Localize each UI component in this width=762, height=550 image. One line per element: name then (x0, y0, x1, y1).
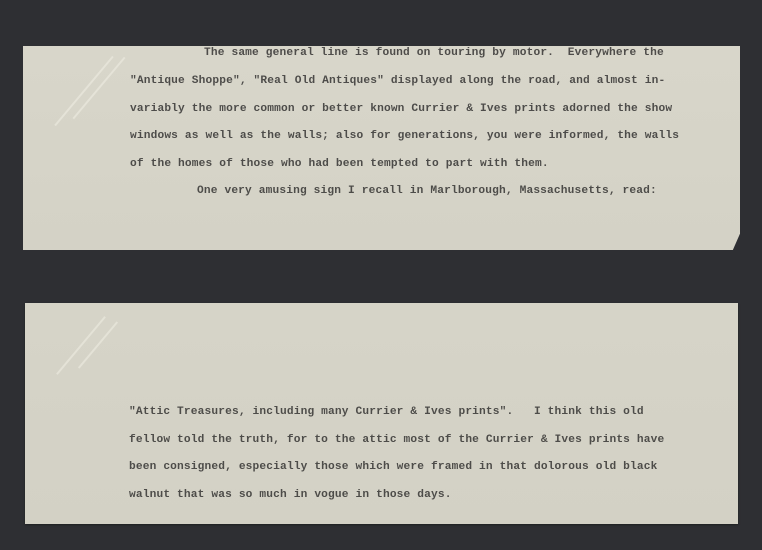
typed-page-fragment-2: "Attic Treasures, including many Currier… (25, 303, 738, 524)
typed-paragraph: The same general line is found on tourin… (130, 46, 157, 142)
text-line: variably the more common or better known… (130, 103, 672, 115)
typed-page-fragment-1: The same general line is found on tourin… (23, 46, 740, 250)
text-line: walnut that was so much in vogue in thos… (129, 489, 452, 501)
paper-crease (73, 57, 126, 120)
paper-crease (78, 321, 118, 368)
text-line: fellow told the truth, for to the attic … (129, 434, 664, 446)
text-line: "Antique Shoppe", "Real Old Antiques" di… (130, 75, 665, 87)
text-line: windows as well as the walls; also for g… (130, 130, 679, 142)
paper-crease (54, 56, 113, 126)
text-line: One very amusing sign I recall in Marlbo… (197, 185, 657, 197)
typed-paragraph: "Attic Treasures, including many Currier… (129, 303, 156, 375)
text-line: "Attic Treasures, including many Currier… (129, 406, 644, 418)
text-line: been consigned, especially those which w… (129, 461, 658, 473)
text-line: The same general line is found on tourin… (204, 47, 664, 59)
text-line: of the homes of those who had been tempt… (130, 158, 549, 170)
